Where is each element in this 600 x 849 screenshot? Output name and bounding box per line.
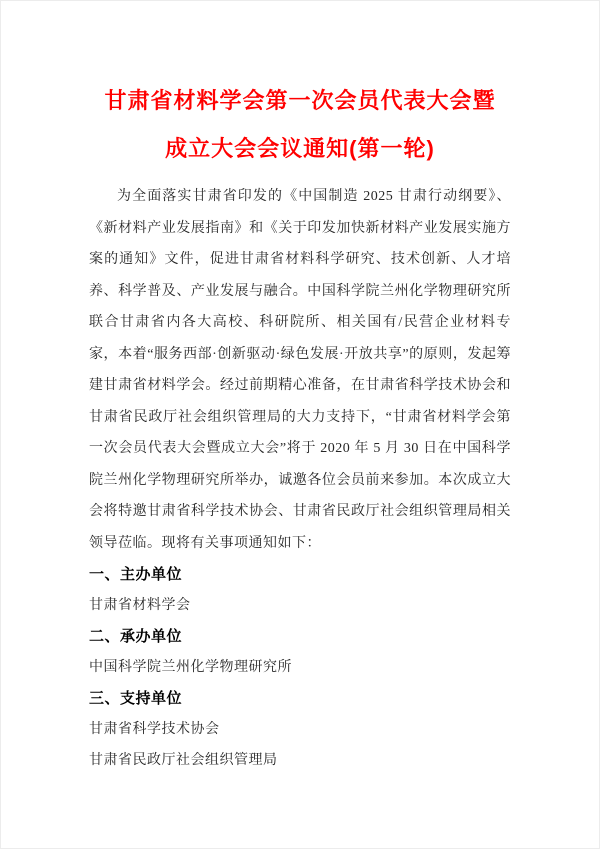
section-heading-host-unit: 一、主办单位 <box>89 559 511 590</box>
host-unit-name: 甘肃省材料学会 <box>89 590 511 621</box>
support-unit-name-2: 甘肃省民政厅社会组织管理局 <box>89 745 511 776</box>
title-line-2: 成立大会会议通知(第一轮) <box>89 125 511 173</box>
section-list: 一、主办单位 甘肃省材料学会 二、承办单位 中国科学院兰州化学物理研究所 三、支… <box>89 559 511 776</box>
section-organizer-unit: 二、承办单位 中国科学院兰州化学物理研究所 <box>89 621 511 683</box>
document-title: 甘肃省材料学会第一次会员代表大会暨 成立大会会议通知(第一轮) <box>89 77 511 173</box>
notice-paragraph: 为全面落实甘肃省印发的《中国制造 2025 甘肃行动纲要》、《新材料产业发展指南… <box>89 181 511 559</box>
section-heading-support-unit: 三、支持单位 <box>89 683 511 714</box>
section-heading-organizer-unit: 二、承办单位 <box>89 621 511 652</box>
section-support-unit: 三、支持单位 甘肃省科学技术协会 甘肃省民政厅社会组织管理局 <box>89 683 511 776</box>
title-line-1: 甘肃省材料学会第一次会员代表大会暨 <box>89 77 511 125</box>
document-page: 甘肃省材料学会第一次会员代表大会暨 成立大会会议通知(第一轮) 为全面落实甘肃省… <box>0 0 600 849</box>
organizer-unit-name: 中国科学院兰州化学物理研究所 <box>89 652 511 683</box>
section-host-unit: 一、主办单位 甘肃省材料学会 <box>89 559 511 621</box>
support-unit-name-1: 甘肃省科学技术协会 <box>89 714 511 745</box>
